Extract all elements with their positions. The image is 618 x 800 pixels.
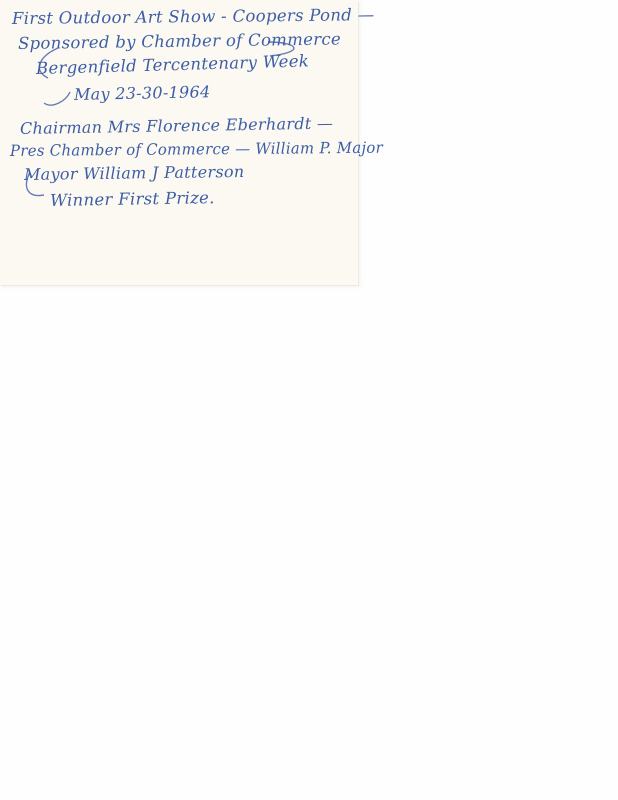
note-line-date: May 23-30-1964 [74, 82, 211, 104]
pen-flourish-strokes [0, 0, 358, 285]
scanned-page: First Outdoor Art Show - Coopers Pond — … [0, 0, 618, 800]
note-line-chairman: Chairman Mrs Florence Eberhardt — [20, 114, 334, 138]
flourish-commerce-tail [268, 42, 294, 56]
note-line-title: First Outdoor Art Show - Coopers Pond — [12, 5, 375, 28]
note-line-chamber-president: Pres Chamber of Commerce — William P. Ma… [10, 139, 383, 160]
note-card-paper: First Outdoor Art Show - Coopers Pond — … [0, 0, 358, 285]
flourish-may-swash [44, 92, 70, 105]
note-line-sponsor: Sponsored by Chamber of Commerce [18, 29, 341, 53]
flourish-bergenfield-loop [39, 48, 58, 78]
note-line-mayor: Mayor William J Patterson [24, 162, 245, 184]
flourish-winner-hook [26, 172, 44, 196]
note-line-event: Bergenfield Tercentenary Week [36, 51, 310, 78]
note-line-winner: Winner First Prize. [50, 188, 215, 210]
